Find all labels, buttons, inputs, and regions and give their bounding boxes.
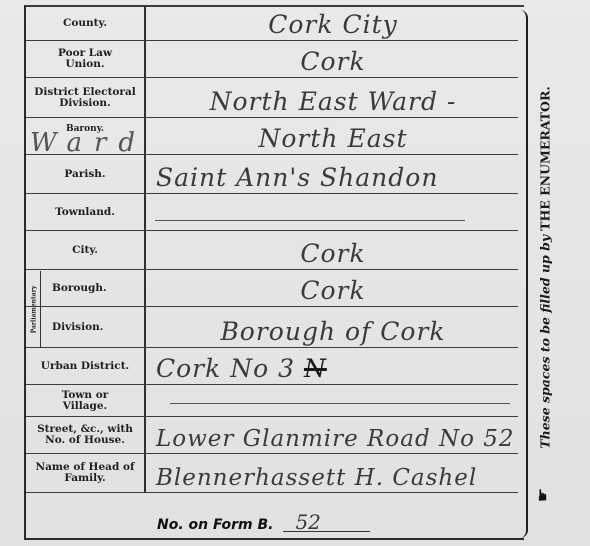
enumerator-side-note: These spaces to be filled up by THE ENUM… — [533, 52, 557, 482]
value-street: Lower Glanmire Road No 52 — [148, 417, 518, 453]
row-townland: Townland. — [26, 194, 518, 231]
label-county: County. — [26, 7, 144, 40]
label-townland: Townland. — [26, 194, 144, 230]
value-urban-district: Cork No 3 N — [148, 348, 518, 384]
census-form-page: County. Cork City Poor Law Union. Cork D… — [0, 0, 590, 546]
townland-blank-line — [155, 220, 465, 221]
row-county: County. Cork City — [26, 7, 518, 41]
label-division: Division. — [42, 307, 144, 347]
label-head-of-family: Name of Head of Family. — [26, 454, 144, 492]
value-county: Cork City — [148, 7, 518, 40]
value-division: Borough of Cork — [148, 307, 518, 347]
row-division: Division. Borough of Cork — [26, 307, 518, 348]
form-b-number: No. on Form B. 52 — [157, 513, 370, 533]
row-poor-law-union: Poor Law Union. Cork — [26, 41, 518, 78]
label-borough: Borough. — [42, 270, 144, 306]
row-parish: Parish. Saint Ann's Shandon — [26, 155, 518, 194]
value-district-electoral-division: North East Ward - — [148, 78, 518, 117]
row-district-electoral-division: District Electoral Division. North East … — [26, 78, 518, 118]
side-note-italic: These spaces to be filled up by — [538, 234, 553, 448]
label-city: City. — [26, 231, 144, 269]
form-b-label: No. on Form B. — [157, 517, 273, 533]
label-parish: Parish. — [26, 155, 144, 193]
barony-overwrite-ward: Ward — [30, 128, 147, 158]
row-head-of-family: Name of Head of Family. Blennerhassett H… — [26, 454, 518, 493]
value-town-or-village — [148, 385, 518, 416]
value-poor-law-union: Cork — [148, 41, 518, 77]
label-street: Street, &c., with No. of House. — [26, 417, 144, 453]
label-urban-district: Urban District. — [26, 348, 144, 384]
side-note-caps: THE ENUMERATOR. — [538, 86, 553, 231]
struck-out-text: N — [304, 354, 327, 383]
row-borough: Borough. Cork — [26, 270, 518, 307]
label-poor-law-union: Poor Law Union. — [26, 41, 144, 77]
row-city: City. Cork — [26, 231, 518, 270]
value-city: Cork — [148, 231, 518, 269]
row-town-or-village: Town or Village. — [26, 385, 518, 417]
town-blank-line — [170, 403, 510, 404]
row-street: Street, &c., with No. of House. Lower Gl… — [26, 417, 518, 454]
form-b-value: 52 — [283, 513, 370, 532]
value-townland — [148, 194, 518, 230]
value-borough: Cork — [148, 270, 518, 306]
label-town-or-village: Town or Village. — [26, 385, 144, 416]
value-barony: North East — [148, 118, 518, 154]
value-parish: Saint Ann's Shandon — [148, 155, 518, 193]
pointing-hand-icon: ☛ — [531, 486, 553, 504]
row-urban-district: Urban District. Cork No 3 N — [26, 348, 518, 385]
value-head-of-family: Blennerhassett H. Cashel — [148, 454, 518, 492]
label-district-electoral-division: District Electoral Division. — [26, 78, 144, 117]
